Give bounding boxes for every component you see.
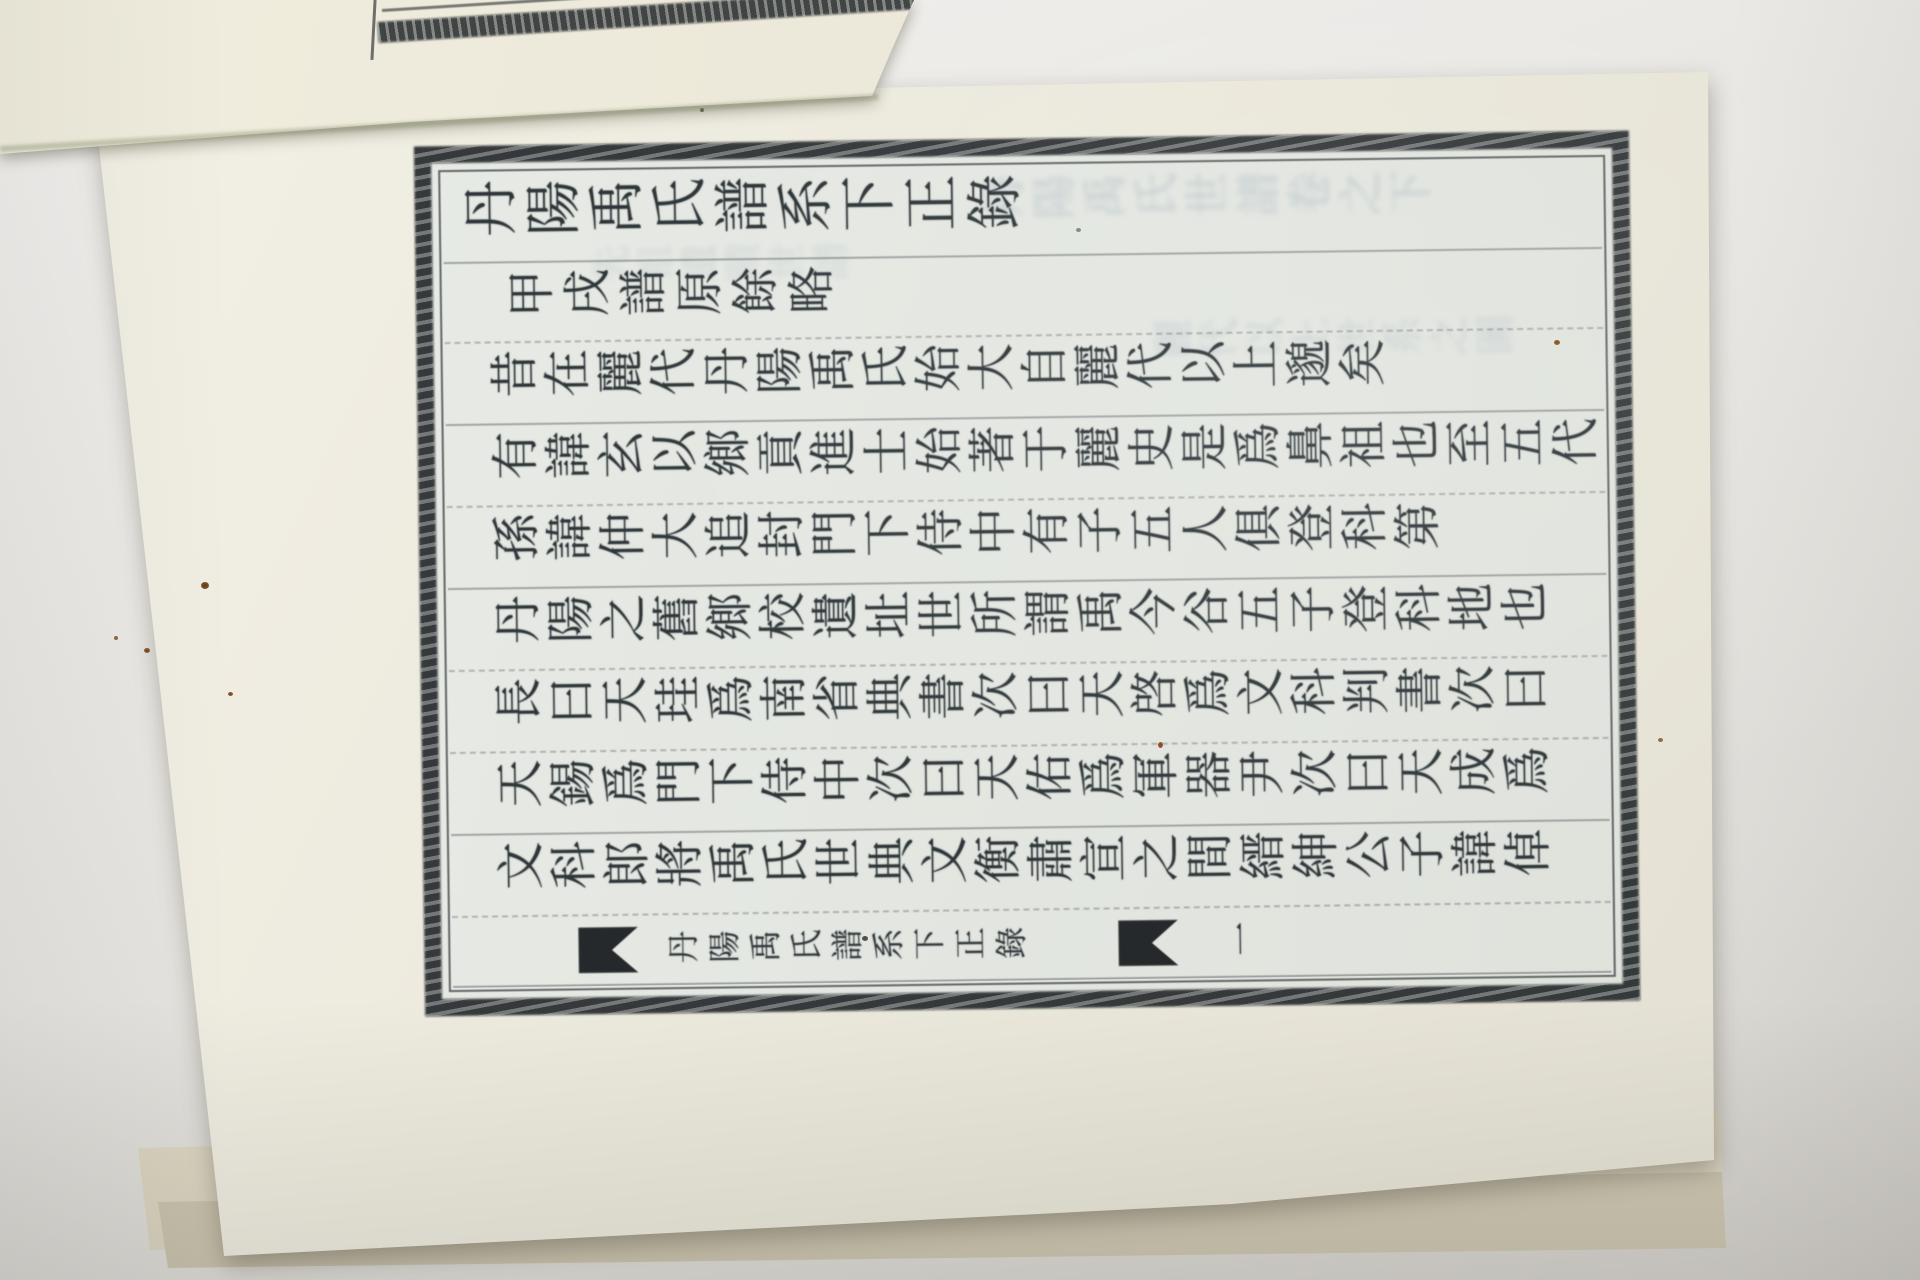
overlapping-previous-page — [0, 0, 1920, 1280]
previous-page-frame-line — [370, 0, 376, 60]
genealogy-book-photo: 丹陽禹氏世譜卷之下 麗代以上世系之圖 先祖遺蹟世譜 丹陽禹氏譜系下正錄 甲戌譜原… — [0, 0, 1920, 1280]
